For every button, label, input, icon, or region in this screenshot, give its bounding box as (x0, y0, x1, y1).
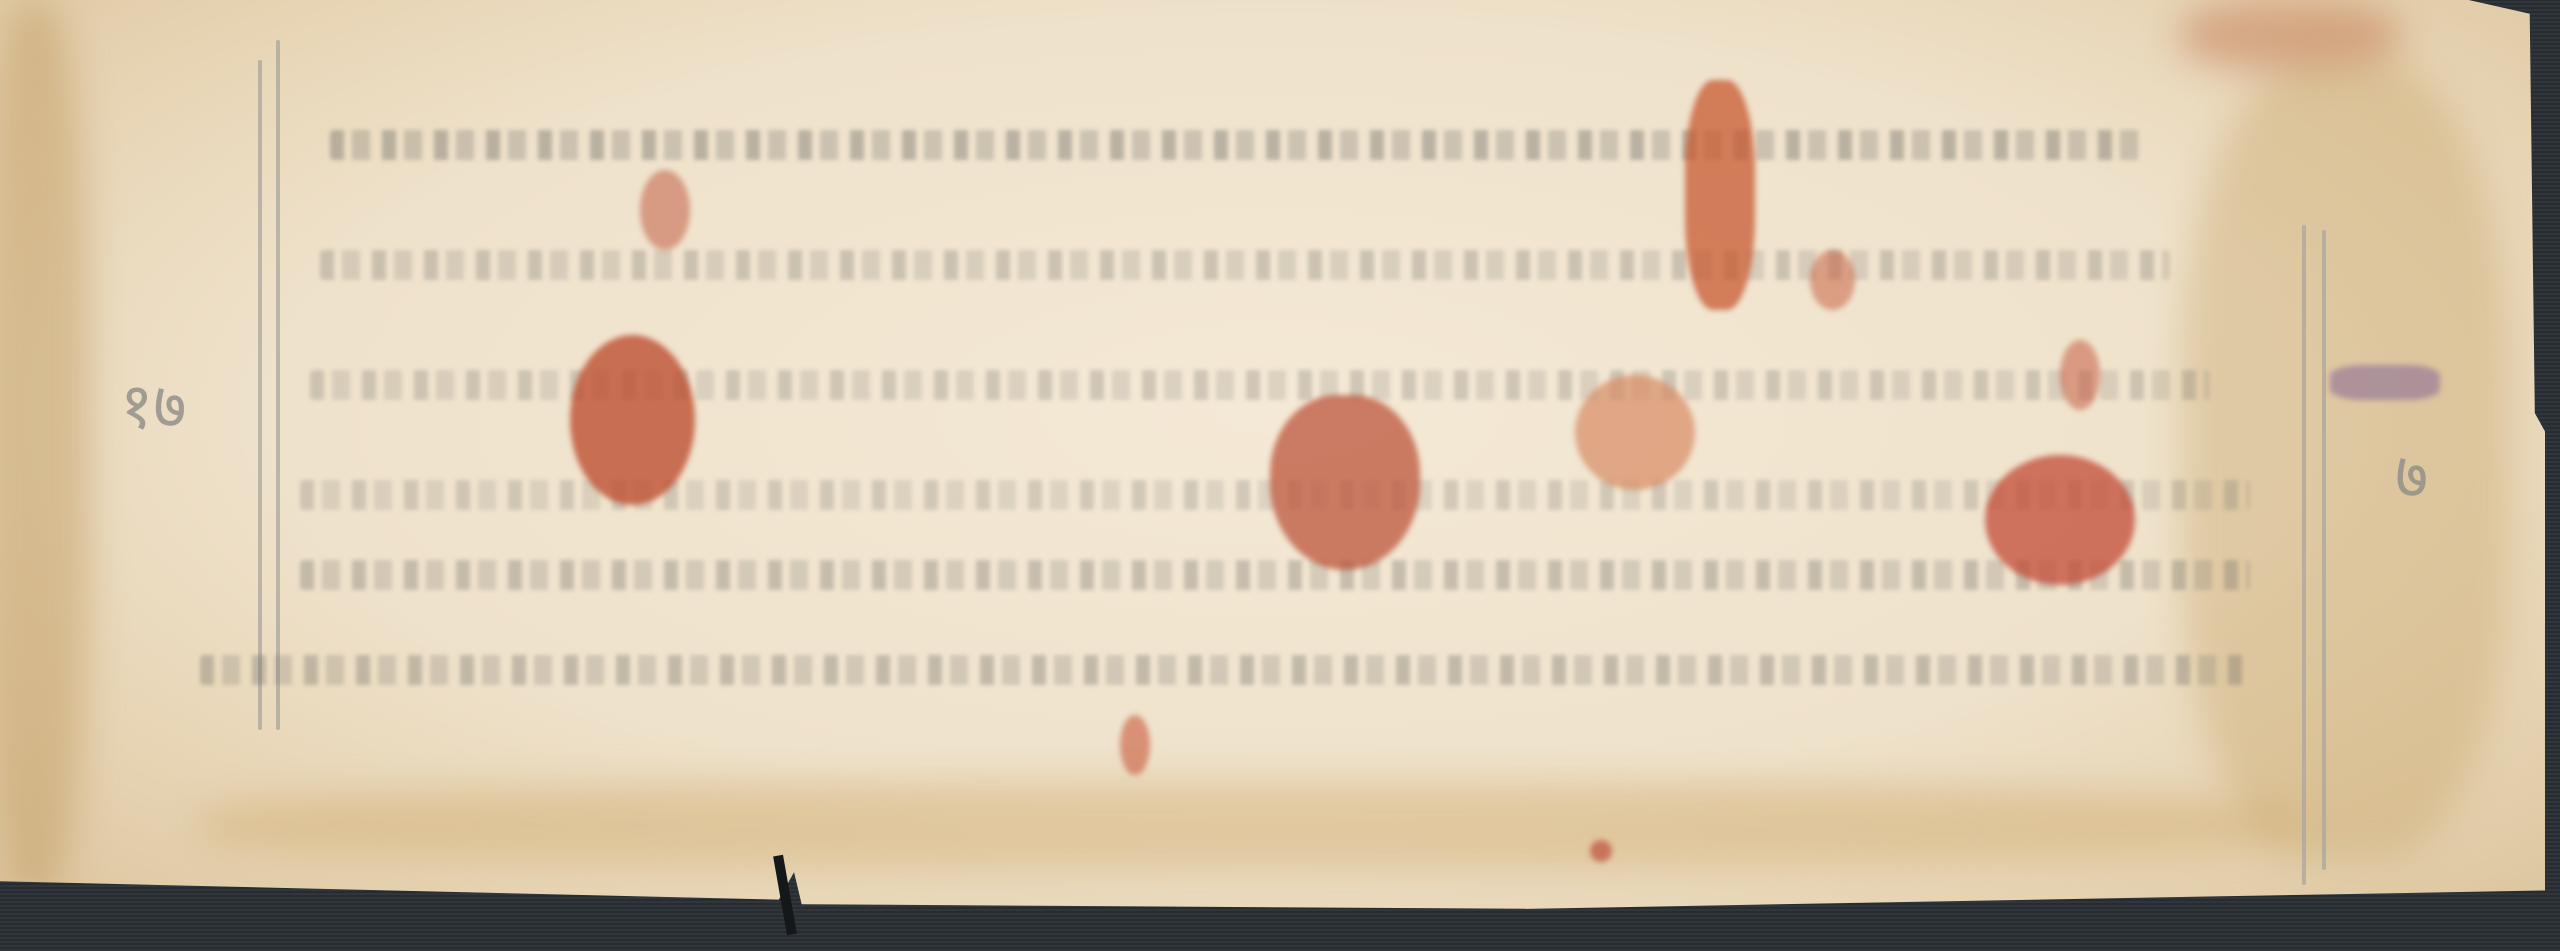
edge-stain-bottom (200, 780, 2300, 870)
manuscript-folio: १७ ७ (0, 0, 2545, 918)
red-stain (1590, 840, 1612, 862)
edge-stain-left (0, 0, 90, 900)
right-margin-rule-2 (2322, 230, 2326, 870)
text-line (320, 250, 2170, 280)
red-stain (2060, 340, 2100, 410)
left-margin-rule-1 (258, 60, 262, 730)
red-stain (570, 335, 695, 505)
right-folio-numeral: ७ (2395, 430, 2428, 517)
left-margin-rule-2 (276, 40, 280, 730)
purple-ink-mark (2330, 365, 2440, 400)
red-stain (1120, 715, 1150, 775)
left-folio-numeral: १७ (120, 360, 187, 447)
red-stain (1685, 80, 1755, 310)
text-line (300, 560, 2250, 590)
red-stain (1985, 455, 2135, 585)
red-stain (1270, 395, 1420, 570)
right-margin-rule-1 (2302, 225, 2306, 885)
red-stain (640, 170, 690, 250)
red-stain (1810, 250, 1855, 310)
edge-stain-right (2180, 60, 2510, 860)
text-line (330, 130, 2150, 160)
text-line (200, 655, 2250, 685)
edge-stain-top-right (2180, 0, 2400, 70)
orange-stain (1575, 375, 1695, 490)
